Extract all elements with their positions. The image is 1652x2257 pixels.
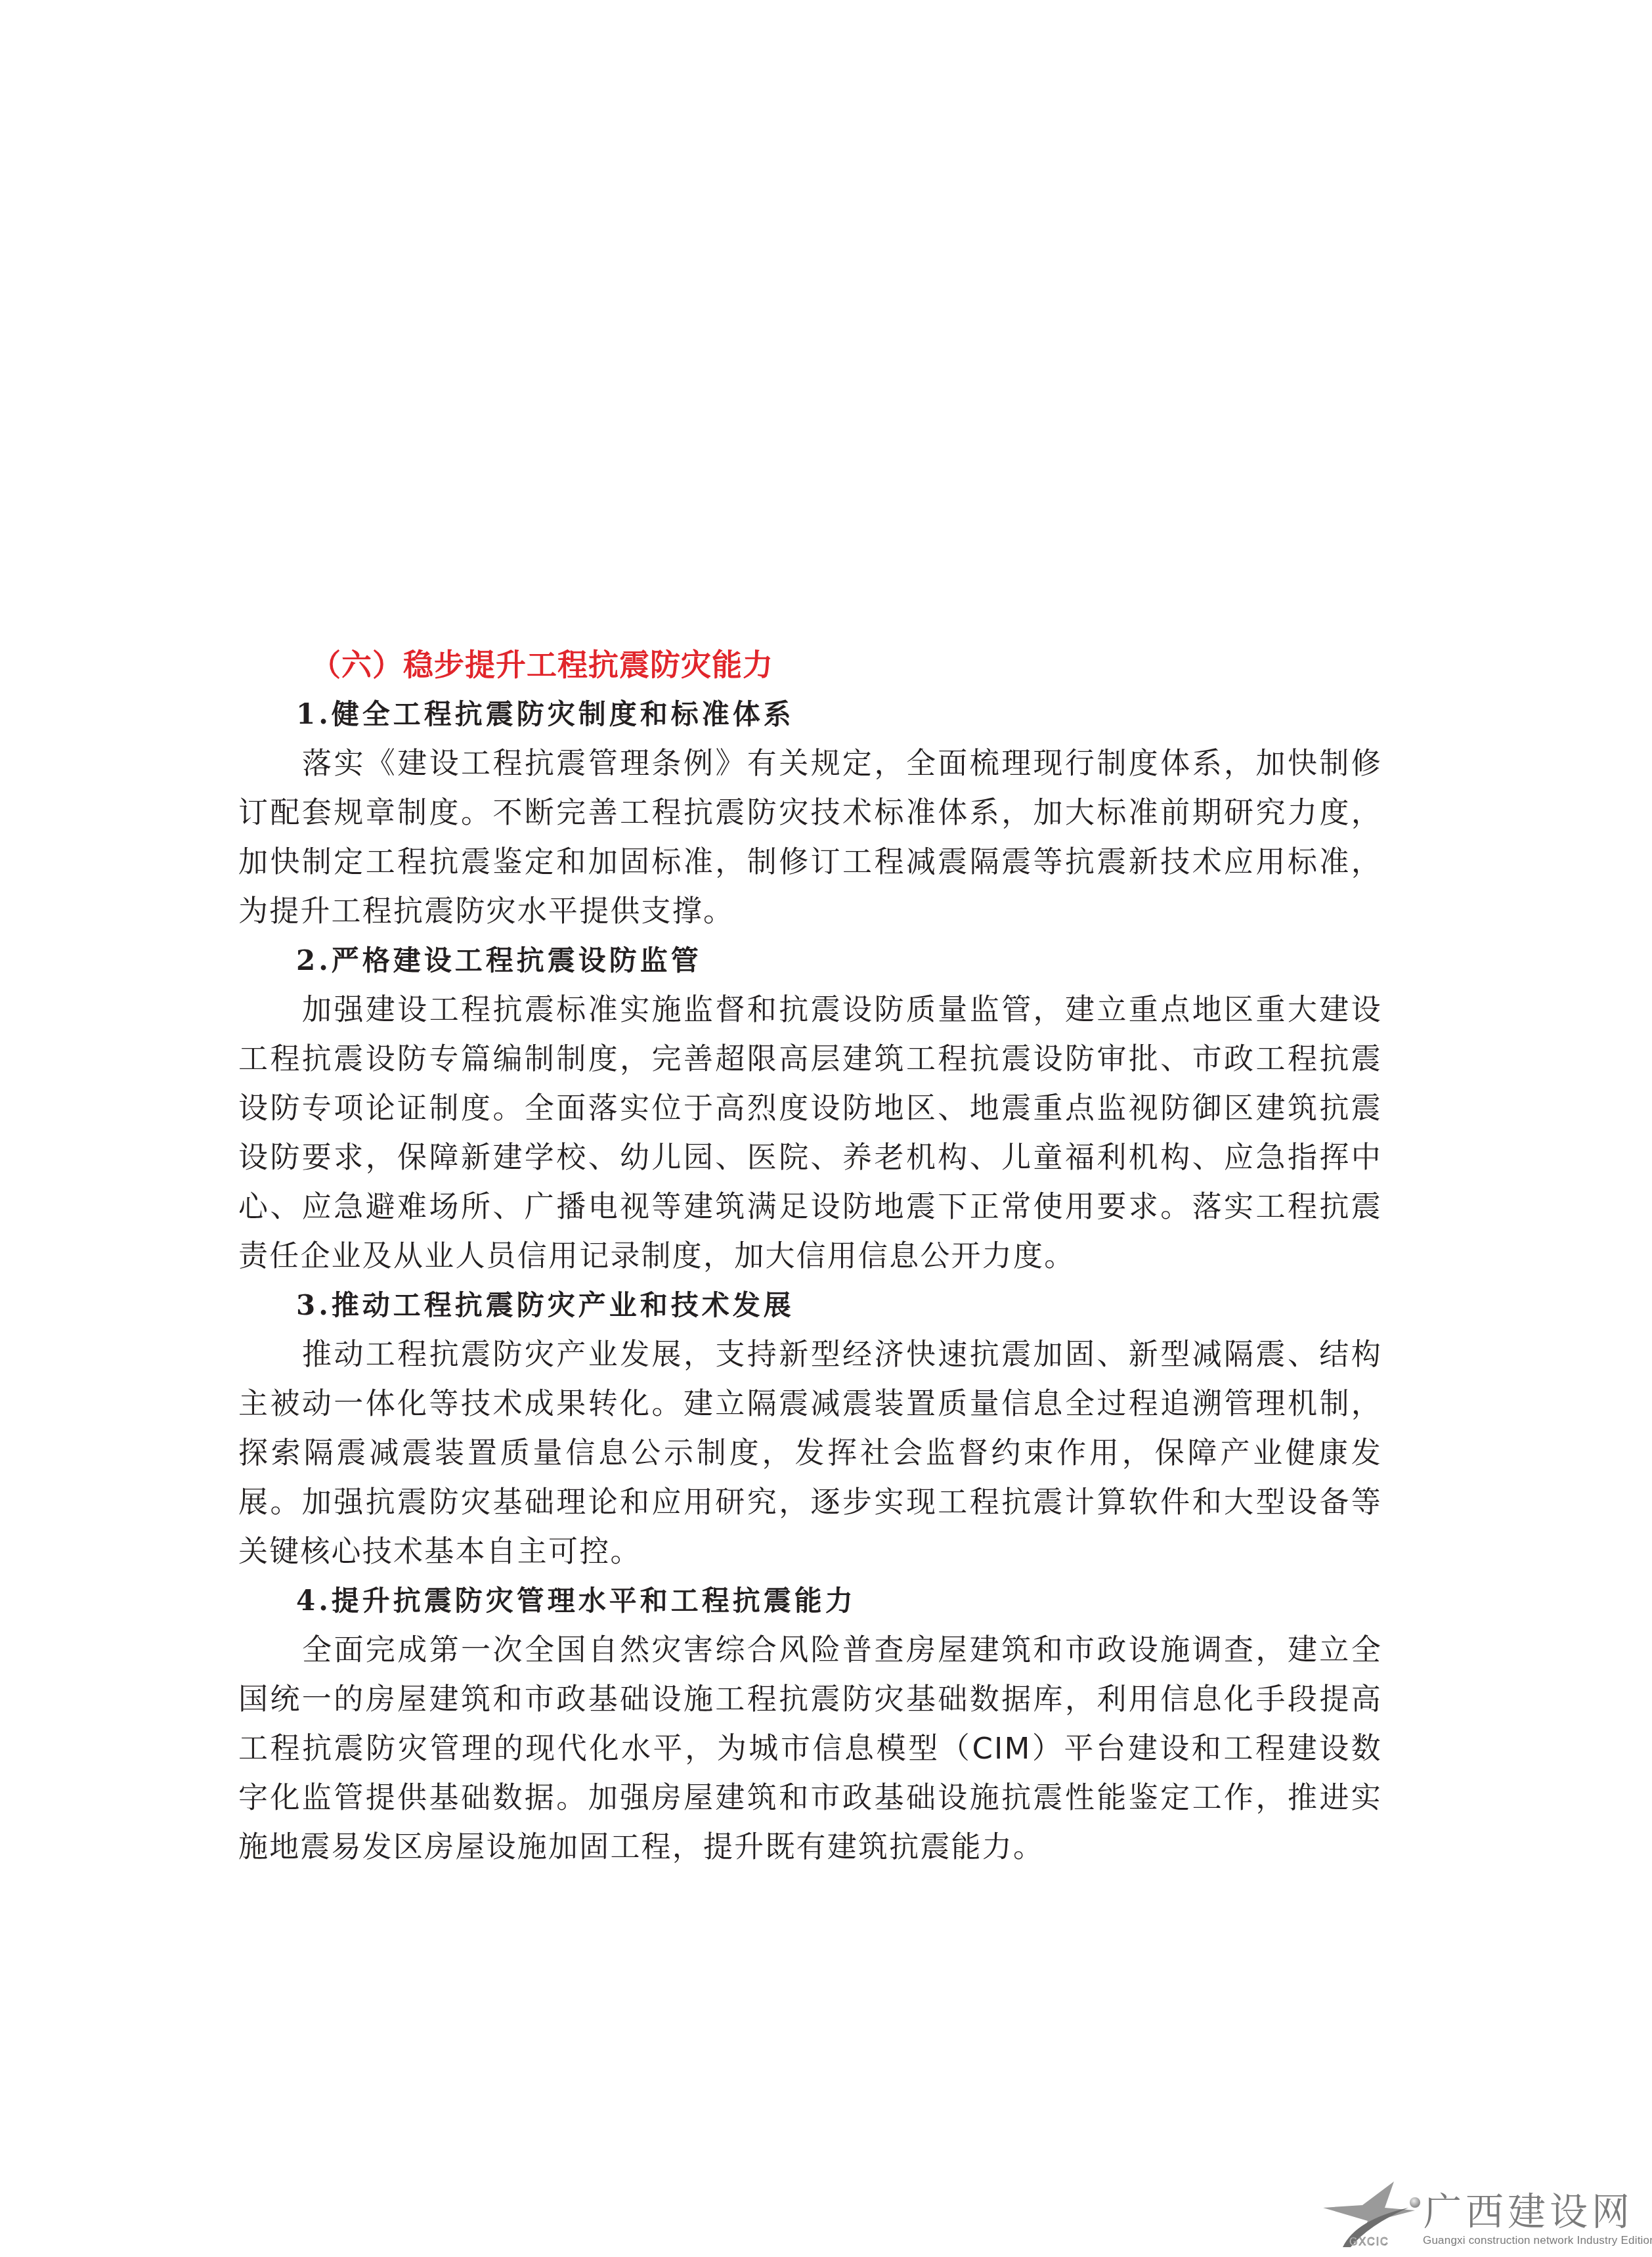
logo-name-cn: 广西建设网: [1424, 2191, 1634, 2233]
document-page: （六）稳步提升工程抗震防灾能力 1.健全工程抗震防灾制度和标准体系 落实《建设工…: [238, 640, 1382, 1872]
logo-name-en: Guangxi construction network Industry Ed…: [1423, 2234, 1652, 2247]
subsection-paragraph: 全面完成第一次全国自然灾害综合风险普查房屋建筑和市政设施调查，建立全国统一的房屋…: [238, 1625, 1382, 1872]
subsection-2: 2.严格建设工程抗震设防监管 加强建设工程抗震标准实施监督和抗震设防质量监管，建…: [238, 936, 1382, 1281]
subsection-title: 4.提升抗震防灾管理水平和工程抗震能力: [238, 1576, 1382, 1625]
subsection-1: 1.健全工程抗震防灾制度和标准体系 落实《建设工程抗震管理条例》有关规定，全面梳…: [238, 690, 1382, 936]
logo-abbreviation: GXCIC: [1349, 2237, 1389, 2248]
subsection-4: 4.提升抗震防灾管理水平和工程抗震能力 全面完成第一次全国自然灾害综合风险普查房…: [238, 1576, 1382, 1872]
subsection-3: 3.推动工程抗震防灾产业和技术发展 推动工程抗震防灾产业发展，支持新型经济快速抗…: [238, 1281, 1382, 1576]
subsection-title: 2.严格建设工程抗震设防监管: [238, 936, 1382, 985]
subsection-paragraph: 落实《建设工程抗震管理条例》有关规定，全面梳理现行制度体系，加快制修订配套规章制…: [238, 739, 1382, 936]
subsection-title: 1.健全工程抗震防灾制度和标准体系: [238, 690, 1382, 739]
subsection-title: 3.推动工程抗震防灾产业和技术发展: [238, 1281, 1382, 1330]
subsection-paragraph: 加强建设工程抗震标准实施监督和抗震设防质量监管，建立重点地区重大建设工程抗震设防…: [238, 985, 1382, 1281]
section-heading: （六）稳步提升工程抗震防灾能力: [238, 640, 1382, 690]
watermark-logo: GXCIC 广西建设网 Guangxi construction network…: [1316, 2174, 1645, 2252]
subsection-paragraph: 推动工程抗震防灾产业发展，支持新型经济快速抗震加固、新型减隔震、结构主被动一体化…: [238, 1330, 1382, 1576]
